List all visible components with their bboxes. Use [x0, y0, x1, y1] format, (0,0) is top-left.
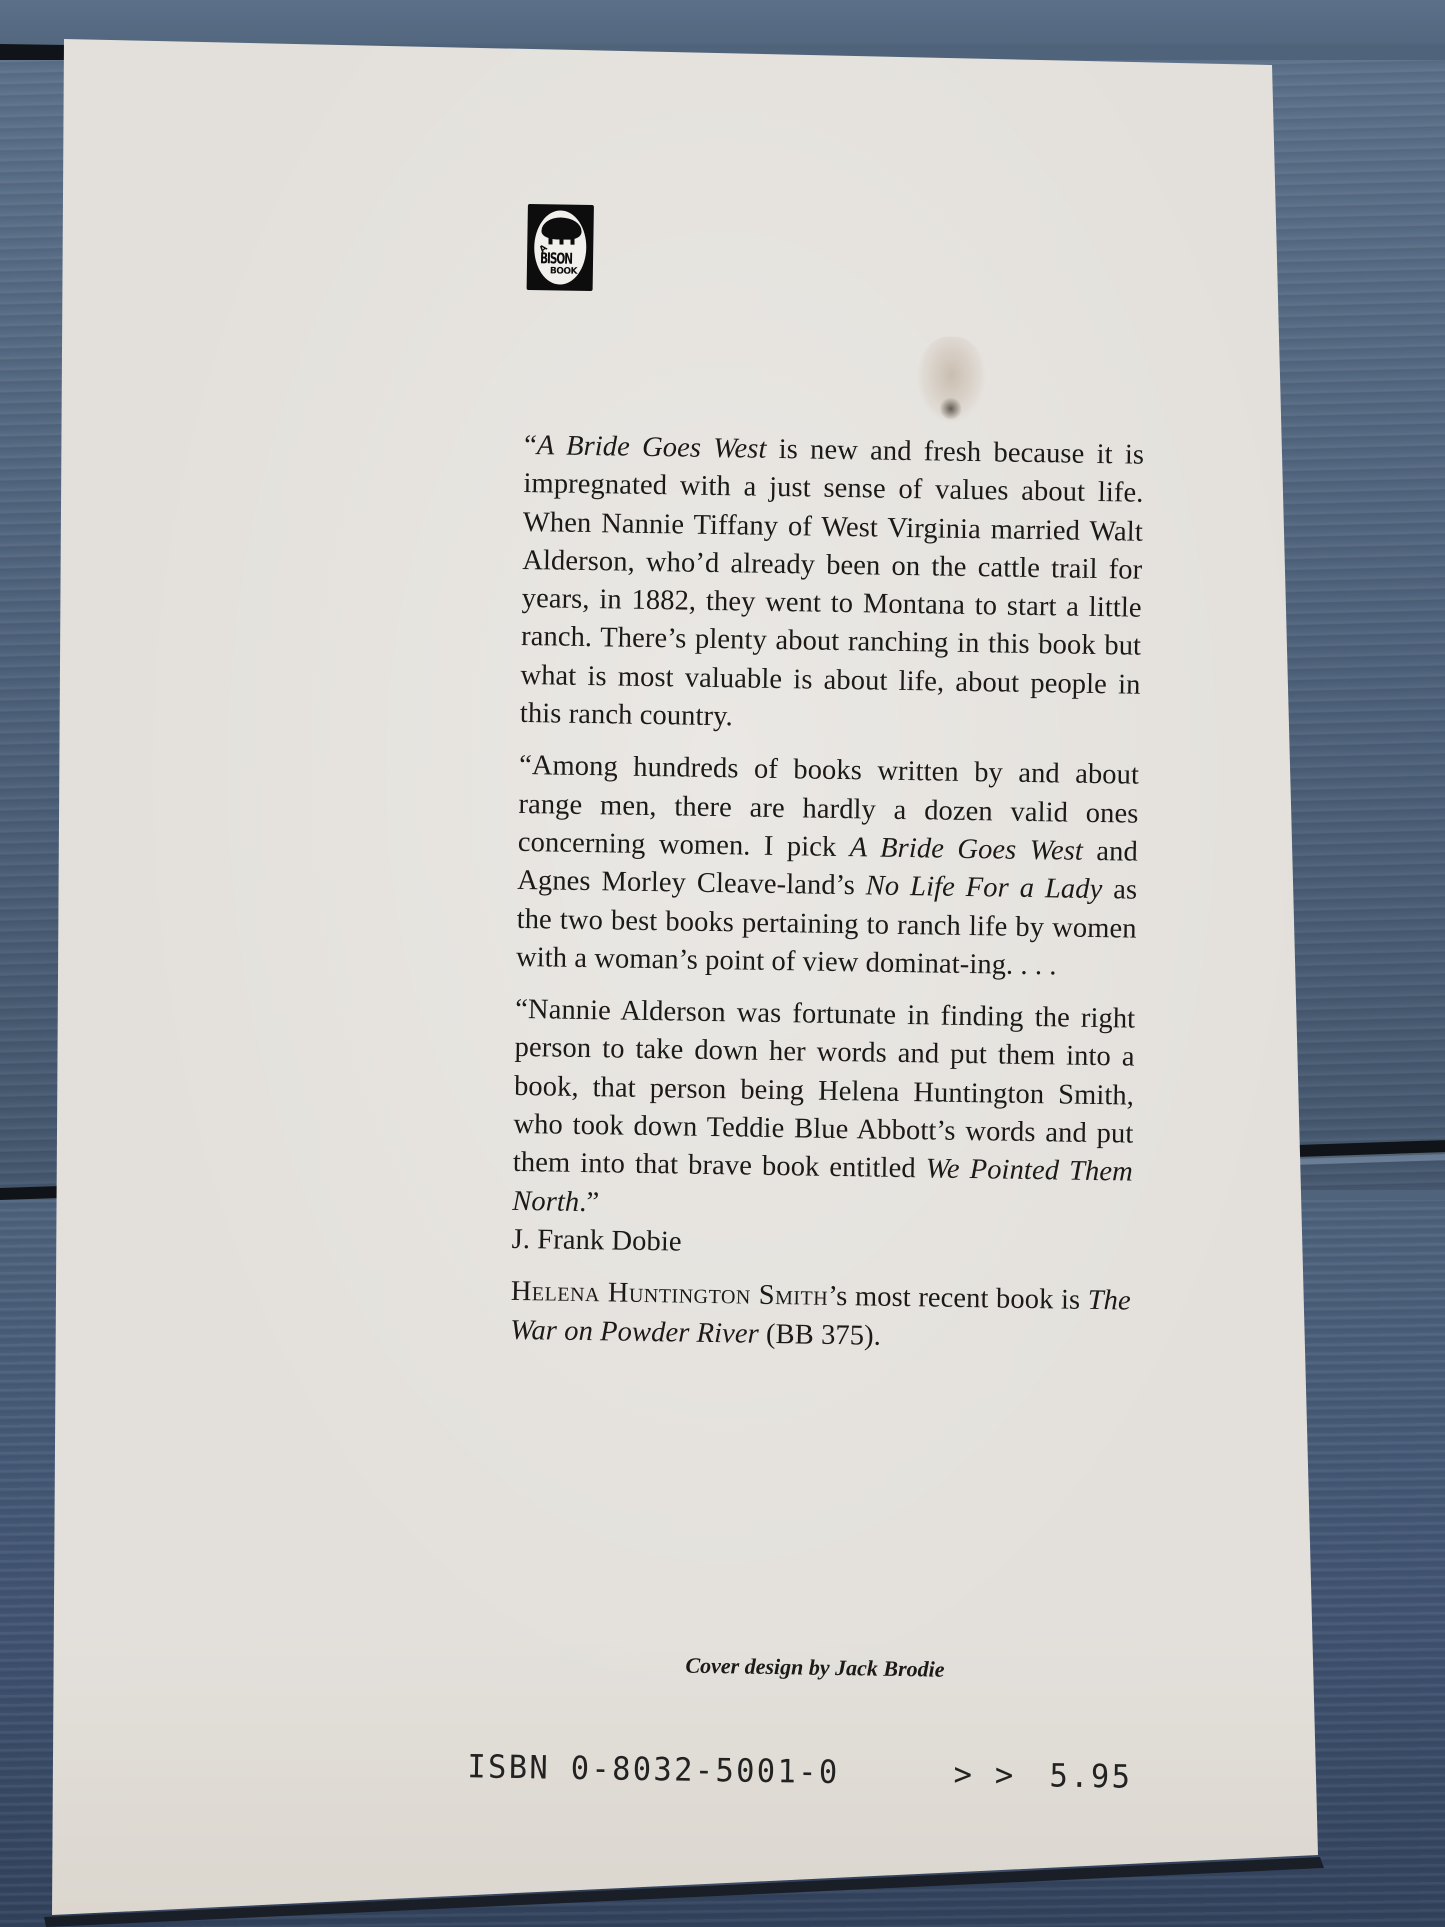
- author-note: Helena Huntington Smith’s most recent bo…: [510, 1273, 1131, 1359]
- review-quote: “A Bride Goes West is new and fresh beca…: [520, 427, 1145, 743]
- plank: [0, 0, 1445, 44]
- author-name: Helena Huntington Smith: [511, 1276, 829, 1312]
- quote-attribution: J. Frank Dobie: [511, 1221, 1132, 1269]
- quote-title: No Life For a Lady: [866, 871, 1103, 906]
- bison-legs-icon: [548, 236, 578, 244]
- quote-title: A Bride Goes West: [850, 832, 1084, 867]
- logo-name: BISON: [540, 249, 572, 267]
- quote-text: is new and fresh because it is impregnat…: [520, 434, 1145, 733]
- paper-stain-dark: [940, 396, 962, 420]
- review-quote: “Nannie Alderson was fortunate in findin…: [511, 991, 1135, 1269]
- quote-text: “: [524, 430, 537, 461]
- bison-book-logo: A BISON BOOK: [527, 204, 594, 291]
- isbn-number: ISBN 0-8032-5001-0: [467, 1747, 840, 1791]
- quote-title: A Bride Goes West: [537, 430, 767, 465]
- review-quote: “Among hundreds of books written by and …: [516, 747, 1140, 986]
- author-note-text: ’s most recent book is: [828, 1281, 1088, 1316]
- logo-suffix: BOOK: [550, 266, 577, 276]
- review-quotes: “A Bride Goes West is new and fresh beca…: [510, 427, 1145, 1373]
- price-group: > > 5.95: [953, 1755, 1132, 1796]
- logo-oval: A BISON BOOK: [534, 210, 587, 285]
- quote-text: .”: [579, 1187, 599, 1218]
- author-note-suffix: (BB 375).: [759, 1318, 882, 1351]
- price: 5.95: [1049, 1756, 1132, 1795]
- price-marker: > >: [953, 1755, 1016, 1794]
